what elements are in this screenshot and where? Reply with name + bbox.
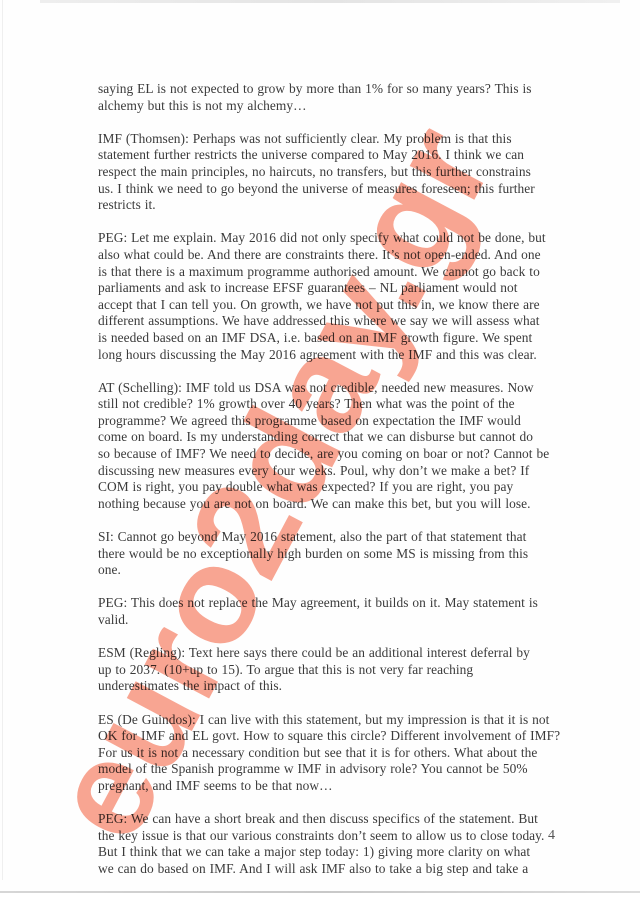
transcript-paragraph: AT (Schelling): IMF told us DSA was not … [98,380,578,513]
text-line: IMF (Thomsen): Perhaps was not sufficien… [98,131,512,146]
text-line: also what could be. And there are constr… [98,247,541,262]
document-body: saying EL is not expected to grow by mor… [98,81,578,894]
text-line: valid. [98,612,128,627]
text-line: come on board. Is my understanding corre… [98,429,533,444]
text-line: accept that I can tell you. On growth, w… [98,297,540,312]
text-line: discussing new measures every four weeks… [98,463,529,478]
text-line: SI: Cannot go beyond May 2016 statement,… [98,529,526,544]
text-line: long hours discussing the May 2016 agree… [98,347,537,362]
text-line: still not credible? 1% growth over 40 ye… [98,396,515,411]
text-line: PEG: This does not replace the May agree… [98,595,538,610]
text-line: But I think that we can take a major ste… [98,844,530,859]
text-line: different assumptions. We have addressed… [98,313,540,328]
scan-top-edge [40,0,620,3]
text-line: PEG: We can have a short break and then … [98,811,538,826]
transcript-paragraph: PEG: Let me explain. May 2016 did not on… [98,230,578,363]
text-line: statement further restricts the universe… [98,147,524,162]
text-line: us. I think we need to go beyond the uni… [98,181,535,196]
text-line: the key issue is that our various constr… [98,828,544,843]
text-line: AT (Schelling): IMF told us DSA was not … [98,380,534,395]
text-line: we can do based on IMF. And I will ask I… [98,861,528,876]
text-line: up to 2037. (10+up to 15). To argue that… [98,662,473,677]
transcript-paragraph: IMF (Thomsen): Perhaps was not sufficien… [98,131,578,214]
text-line: one. [98,562,121,577]
text-line: ES (De Guindos): I can live with this st… [98,712,549,727]
transcript-paragraph: ES (De Guindos): I can live with this st… [98,712,578,795]
text-line: OK for IMF and EL govt. How to square th… [98,728,560,743]
text-line: respect the main principles, no haircuts… [98,164,531,179]
text-line: saying EL is not expected to grow by mor… [98,81,532,96]
text-line: ESM (Regling): Text here says there coul… [98,645,530,660]
scan-left-edge [2,0,3,880]
text-line: programme? We agreed this programme base… [98,413,521,428]
text-line: there would be no exceptionally high bur… [98,546,528,561]
text-line: is that there is a maximum programme aut… [98,264,540,279]
text-line: nothing because you are not on board. We… [98,496,531,511]
transcript-paragraph: saying EL is not expected to grow by mor… [98,81,578,114]
text-line: underestimates the impact of this. [98,678,282,693]
document-page: saying EL is not expected to grow by mor… [0,0,640,905]
page-number: 4 [548,828,555,844]
text-line: is needed based on an IMF DSA, i.e. base… [98,330,532,345]
text-line: For us it is not a necessary condition b… [98,745,537,760]
transcript-paragraph: SI: Cannot go beyond May 2016 statement,… [98,529,578,579]
text-line: PEG: Let me explain. May 2016 did not on… [98,230,546,245]
transcript-paragraph: PEG: We can have a short break and then … [98,811,578,877]
text-line: COM is right, you pay double what was ex… [98,479,513,494]
text-line: model of the Spanish programme w IMF in … [98,761,528,776]
scan-margin [0,893,640,905]
text-line: parliaments and ask to increase EFSF gua… [98,280,518,295]
transcript-paragraph: ESM (Regling): Text here says there coul… [98,645,578,695]
text-line: pregnant, and IMF seems to be that now… [98,778,333,793]
text-line: so because of IMF? We need to decide, ar… [98,446,549,461]
text-line: restricts it. [98,197,156,212]
text-line: alchemy but this is not my alchemy… [98,98,307,113]
transcript-paragraph: PEG: This does not replace the May agree… [98,595,578,628]
